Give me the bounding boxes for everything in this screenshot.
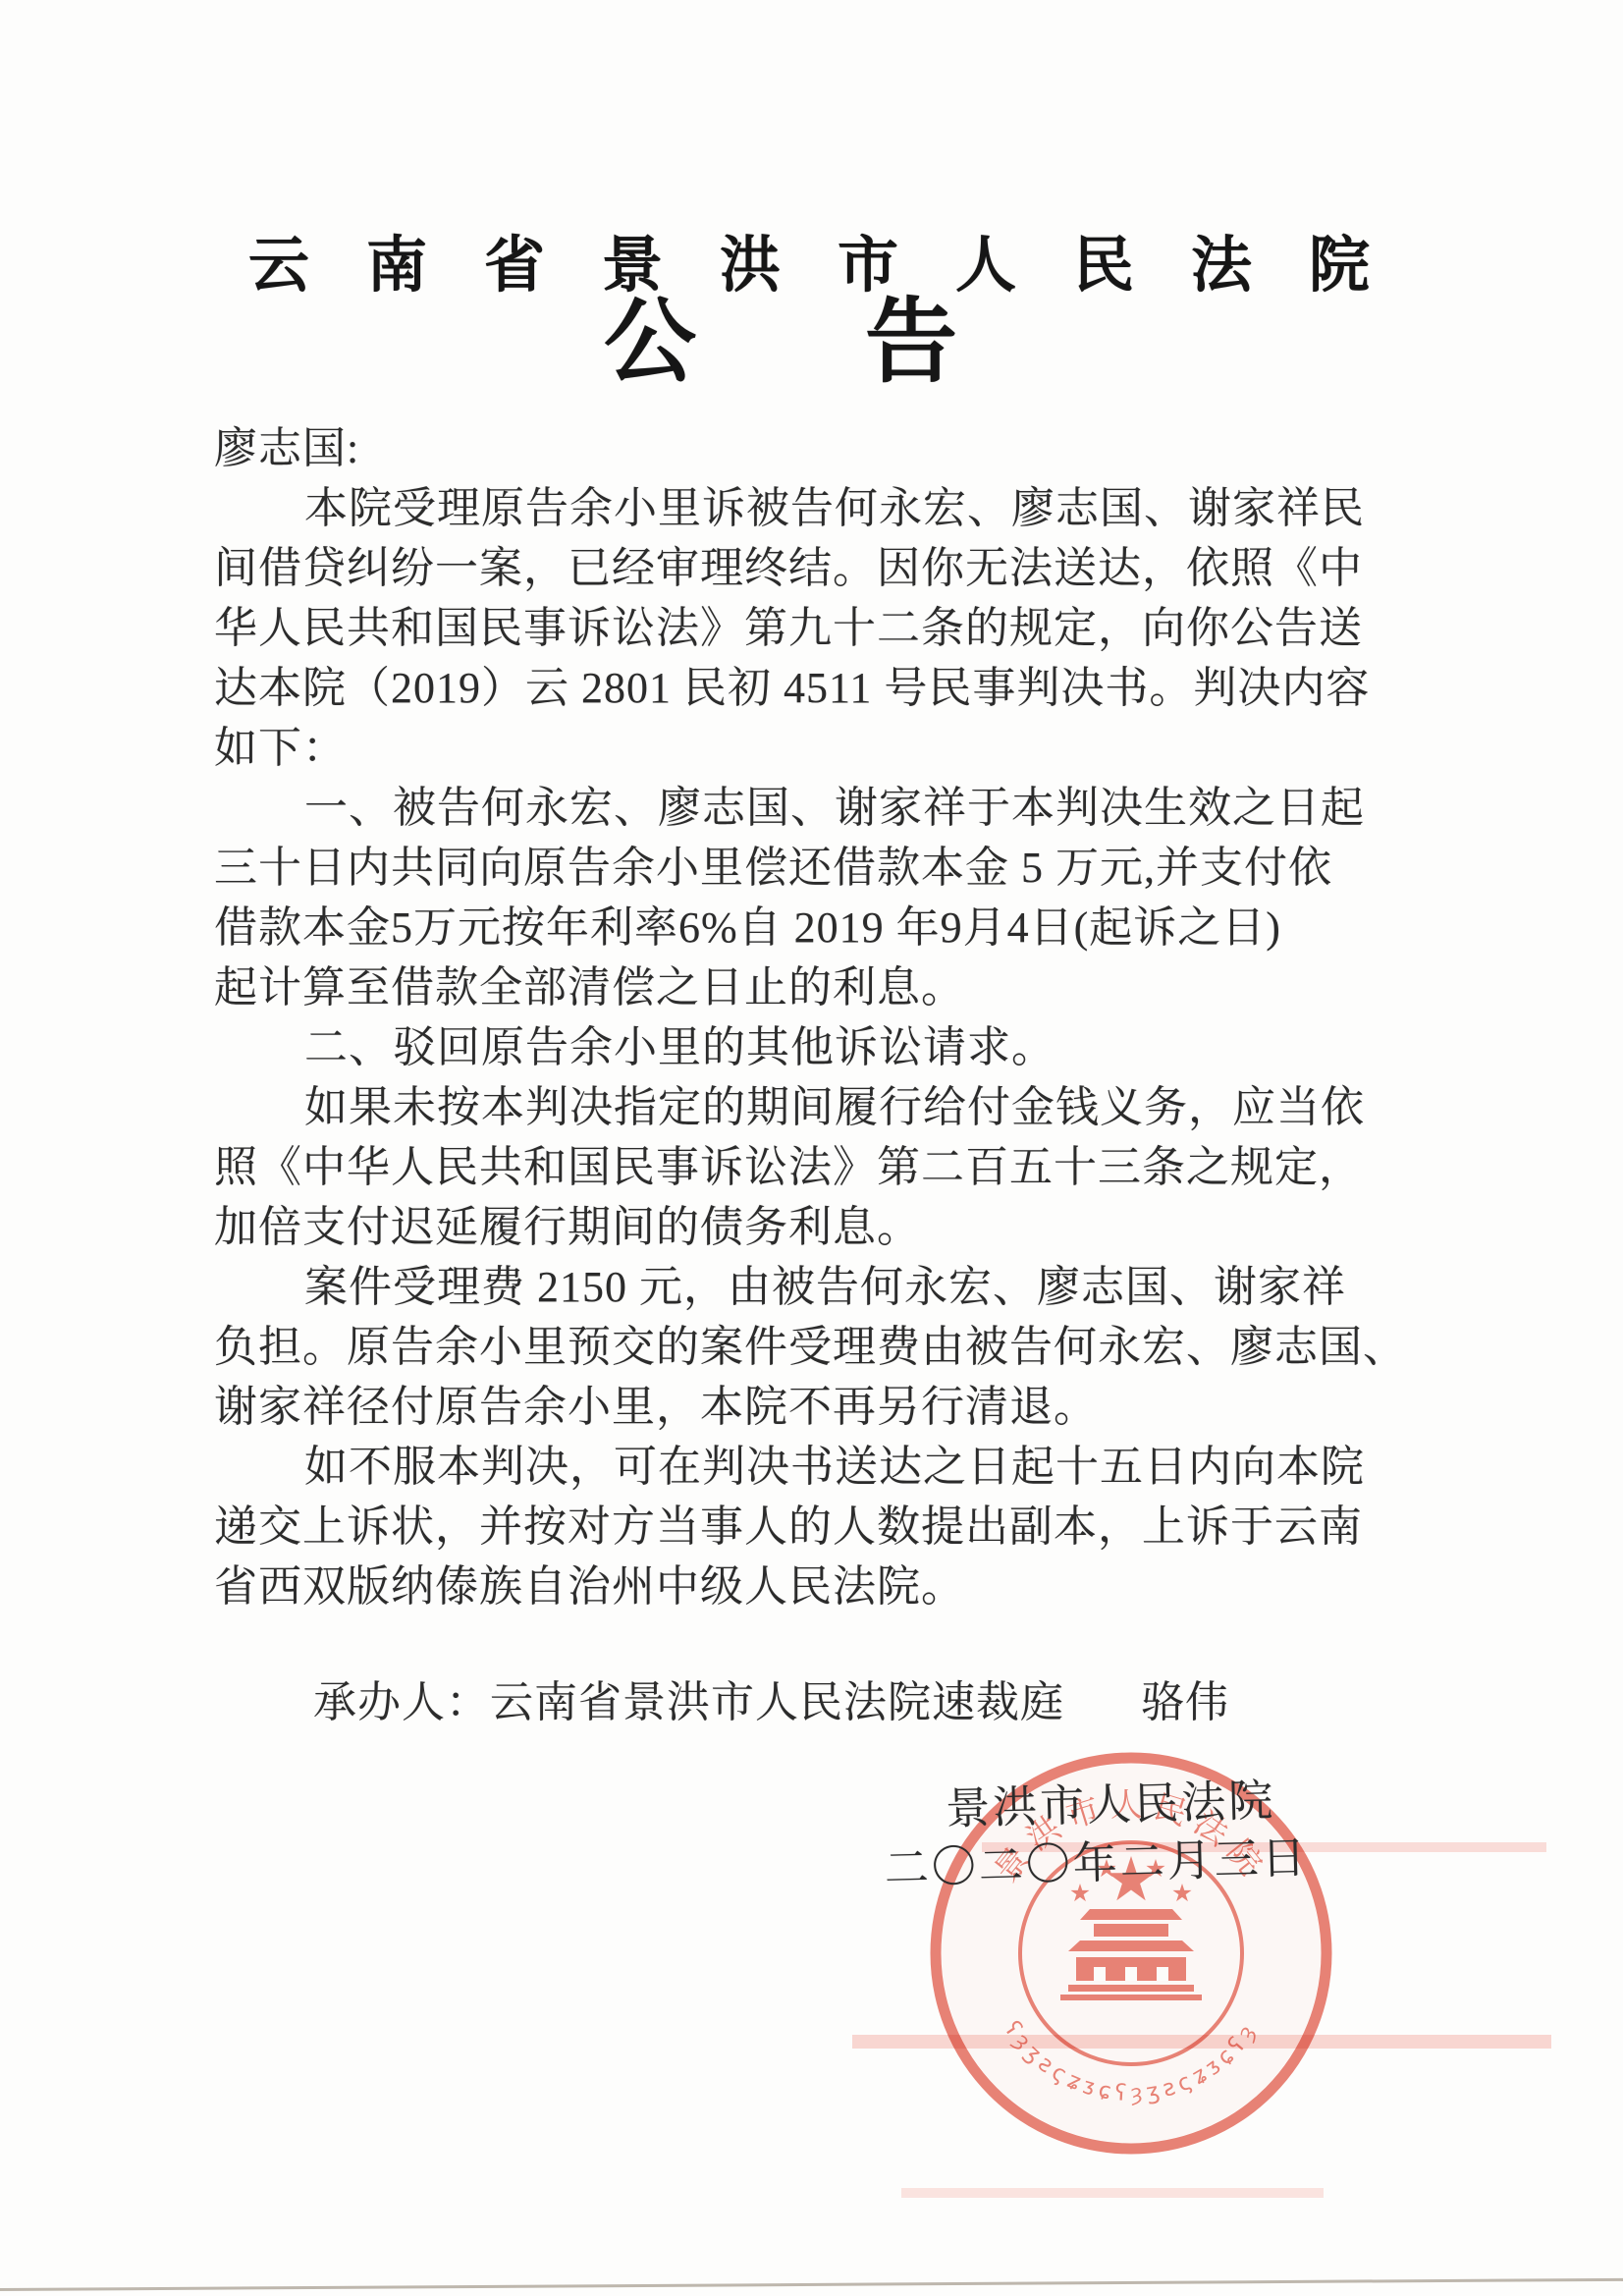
- seal-gate-roof-top: [1080, 1909, 1182, 1920]
- handler-court: 云南省景洪市人民法院速裁庭: [490, 1678, 1064, 1726]
- document-line: 加倍支付迟延履行期间的债务利息。: [214, 1197, 1373, 1257]
- handler-name: 骆伟: [1141, 1678, 1229, 1726]
- document-line: 华人民共和国民事诉讼法》第九十二条的规定，向你公告送: [214, 598, 1373, 658]
- addressee-line: 廖志国:: [214, 418, 1373, 478]
- signature-court-name: 景洪市人民法院: [946, 1774, 1335, 1834]
- scanner-ink-streak: [901, 2188, 1324, 2198]
- notice-body: 廖志国: 本院受理原告余小里诉被告何永宏、廖志国、谢家祥民 间借贷纠纷一案，已经…: [214, 418, 1373, 1616]
- document-line: 谢家祥径付原告余小里，本院不再另行清退。: [214, 1377, 1373, 1437]
- handler-label: 承办人：: [313, 1678, 490, 1726]
- seal-gate-platform: [1060, 1995, 1202, 2000]
- document-line: 递交上诉状，并按对方当事人的人数提出副本，上诉于云南: [214, 1497, 1373, 1557]
- scan-bottom-edge-line: [0, 2278, 1623, 2291]
- signature-block: 景洪市人民法院 二〇二〇年二月三日: [883, 1774, 1337, 1894]
- notice-title-char-right: 告: [865, 295, 957, 392]
- scanned-court-notice-page: 云南省景洪市人民法院 公 告 廖志国: 本院受理原告余小里诉被告何永宏、廖志国、…: [0, 0, 1623, 2296]
- document-line: 负担。原告余小里预交的案件受理费由被告何永宏、廖志国、: [214, 1317, 1373, 1377]
- document-line: 三十日内共同向原告余小里偿还借款本金 5 万元,并支付依: [214, 838, 1373, 898]
- seal-gate-arch: [1157, 1967, 1168, 1981]
- document-line: 省西双版纳傣族自治州中级人民法院。: [214, 1557, 1373, 1616]
- seal-gate-roof-mid: [1068, 1941, 1194, 1951]
- document-line: 如果未按本判决指定的期间履行给付金钱义务，应当依: [214, 1077, 1373, 1137]
- document-line: 照《中华人民共和国民事诉讼法》第二百五十三条之规定，: [214, 1137, 1373, 1197]
- seal-gate-arch: [1125, 1967, 1137, 1981]
- document-line: 间借贷纠纷一案，已经审理终结。因你无法送达，依照《中: [214, 538, 1373, 598]
- handler-line: 承办人：云南省景洪市人民法院速裁庭骆伟: [313, 1679, 1229, 1726]
- document-line: 案件受理费 2150 元，由被告何永宏、廖志国、谢家祥: [214, 1257, 1373, 1317]
- court-header-title: 云南省景洪市人民法院: [0, 216, 1618, 303]
- document-line: 如不服本判决，可在判决书送达之日起十五日内向本院: [214, 1437, 1373, 1497]
- document-line: 本院受理原告余小里诉被告何永宏、廖志国、谢家祥民: [214, 478, 1373, 538]
- document-line: 借款本金5万元按年利率6%自 2019 年9月4日(起诉之日): [214, 898, 1373, 957]
- document-line: 起计算至借款全部清偿之日止的利息。: [214, 957, 1373, 1017]
- seal-gate-body: [1094, 1924, 1168, 1937]
- document-line: 如下：: [214, 718, 1373, 778]
- seal-gate-arch: [1094, 1967, 1106, 1981]
- document-line: 达本院（2019）云 2801 民初 4511 号民事判决书。判决内容: [214, 658, 1373, 718]
- seal-gate-platform: [1068, 1985, 1194, 1992]
- notice-title: 公 告: [0, 295, 1561, 392]
- document-line: 一、被告何永宏、廖志国、谢家祥于本判决生效之日起: [214, 778, 1373, 838]
- notice-title-char-left: 公: [604, 295, 696, 392]
- document-line: 二、驳回原告余小里的其他诉讼请求。: [214, 1017, 1373, 1077]
